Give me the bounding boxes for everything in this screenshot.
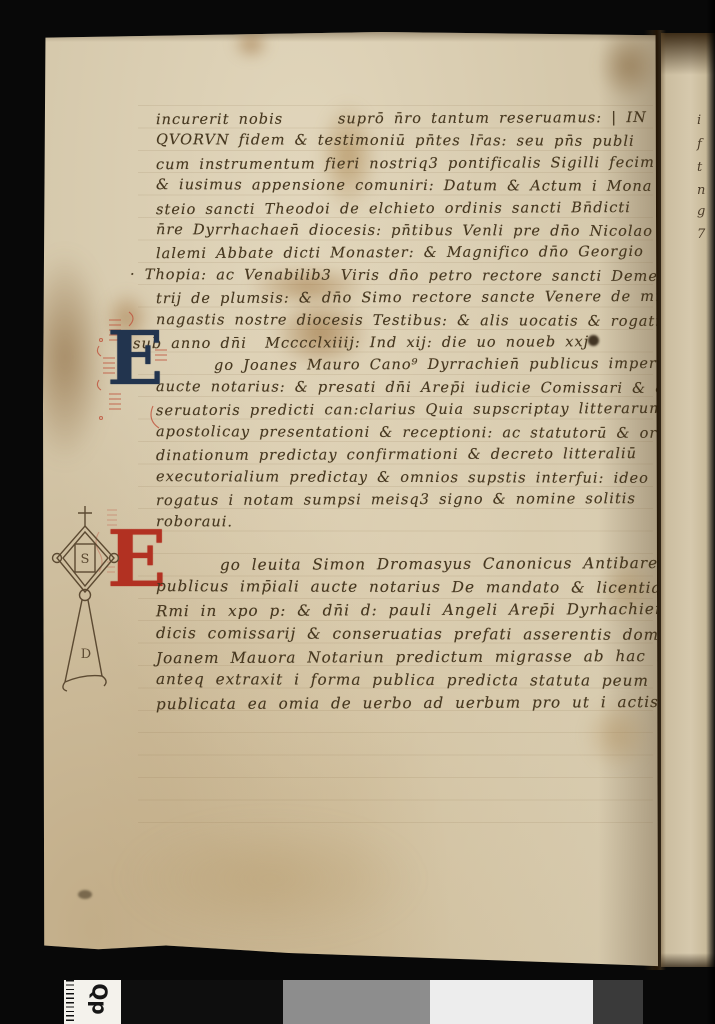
text-line: Rmi in xpo p: & dn̄i d: pauli Angeli Are…	[156, 598, 701, 624]
facing-text-fragment: f	[697, 137, 702, 152]
manuscript-page: incurerit nobis suprō n̄ro tantum reseru…	[43, 32, 658, 967]
text-line: anteq extraxit i forma publica predicta …	[156, 668, 701, 693]
stain	[598, 32, 658, 100]
photograph-of-manuscript: i f t n g 7 incurerit nobis suprō n̄ro t…	[0, 0, 715, 1024]
text-line: dicis comissarij & conseruatias prefati …	[156, 622, 701, 647]
stain	[25, 252, 105, 462]
text-line: rogatus i notam sumpsi meisq3 signo & no…	[156, 488, 684, 513]
text-line: trij de plumsis: & dn̄o Simo rectore san…	[156, 286, 670, 311]
text-line: roboraui.	[156, 511, 684, 535]
facing-text-fragment: g	[697, 204, 705, 219]
text-line: go Joanes Mauro Cano⁹ Dyrrachien̄ public…	[156, 353, 684, 378]
paragraph-2: go Joanes Mauro Cano⁹ Dyrrachien̄ public…	[156, 354, 684, 534]
page-shading	[43, 32, 658, 42]
text-line: n̄re Dyrrhachaen̄ diocesis: pn̄tibus Ven…	[156, 219, 669, 243]
text-line: publicus imp̄iali aucte notarius De mand…	[156, 575, 701, 600]
text-line: QVORVN fidem & testimoniū pn̄tes lr̄as: …	[156, 129, 669, 153]
calibration-dark-patch	[593, 980, 643, 1024]
calibration-black-patch	[121, 980, 283, 1024]
text-line: aucte notarius: & presati dn̄i Arep̄i iu…	[156, 376, 684, 400]
text-line: apostolicay presentationi & receptioni: …	[156, 421, 684, 445]
facing-text-fragment: i	[697, 113, 701, 128]
stain	[120, 818, 420, 940]
text-line: steio sancti Theodoi de elchieto ordinis…	[156, 196, 670, 221]
paragraph-3: go leuita Simon Dromasyus Canonicus Anti…	[156, 553, 701, 715]
text-line: incurerit nobis suprō n̄ro tantum reseru…	[156, 107, 670, 132]
text-line: dinationum predictay confirmationi & dec…	[156, 443, 684, 468]
calibration-strip: Qp	[0, 980, 715, 1024]
ruler-label: Qp	[88, 983, 112, 1014]
image-right-edge-shadow	[706, 0, 715, 1024]
signum-lower-letter: D	[81, 647, 91, 662]
text-line: cum instrumentum fieri nostriq3 pontific…	[156, 152, 670, 177]
text-line: Joanem Mauora Notariun predictum migrass…	[156, 645, 701, 671]
notary-signum-drawing: S D	[49, 500, 121, 700]
text-line: executorialium predictay & omnios supsti…	[156, 466, 684, 490]
ink-smudge	[78, 890, 92, 899]
calibration-white-patch	[430, 980, 593, 1024]
text-line: seruatoris predicti can:clarius Quia sup…	[156, 398, 684, 423]
facing-text-fragment: t	[697, 160, 702, 175]
text-line: sub anno dn̄i Mcccclxiiij: Ind xij: die …	[156, 331, 670, 356]
paragraph-1: incurerit nobis suprō n̄ro tantum reseru…	[156, 108, 669, 354]
stain	[232, 28, 270, 60]
facing-text-fragment: n	[697, 183, 705, 198]
text-line: & iusimus appensione comuniri: Datum & A…	[156, 174, 669, 198]
ruler-tick-marks	[66, 980, 74, 1024]
calibration-gray-patch	[283, 980, 430, 1024]
facing-text-fragment: 7	[697, 227, 705, 242]
text-line: lalemi Abbate dicti Monaster: & Magnific…	[156, 241, 670, 266]
photo-scale-ruler: Qp	[64, 980, 121, 1024]
text-line: nagastis nostre diocesis Testibus: & ali…	[156, 309, 669, 333]
signum-upper-letter: S	[81, 552, 90, 567]
text-line: publicata ea omia de uerbo ad uerbum pro…	[156, 691, 701, 717]
text-line: · Thopia: ac Venabilib3 Viris dn̄o petro…	[156, 264, 669, 288]
text-line: go leuita Simon Dromasyus Canonicus Anti…	[156, 552, 701, 578]
illuminated-initial-blue: E	[107, 328, 163, 390]
